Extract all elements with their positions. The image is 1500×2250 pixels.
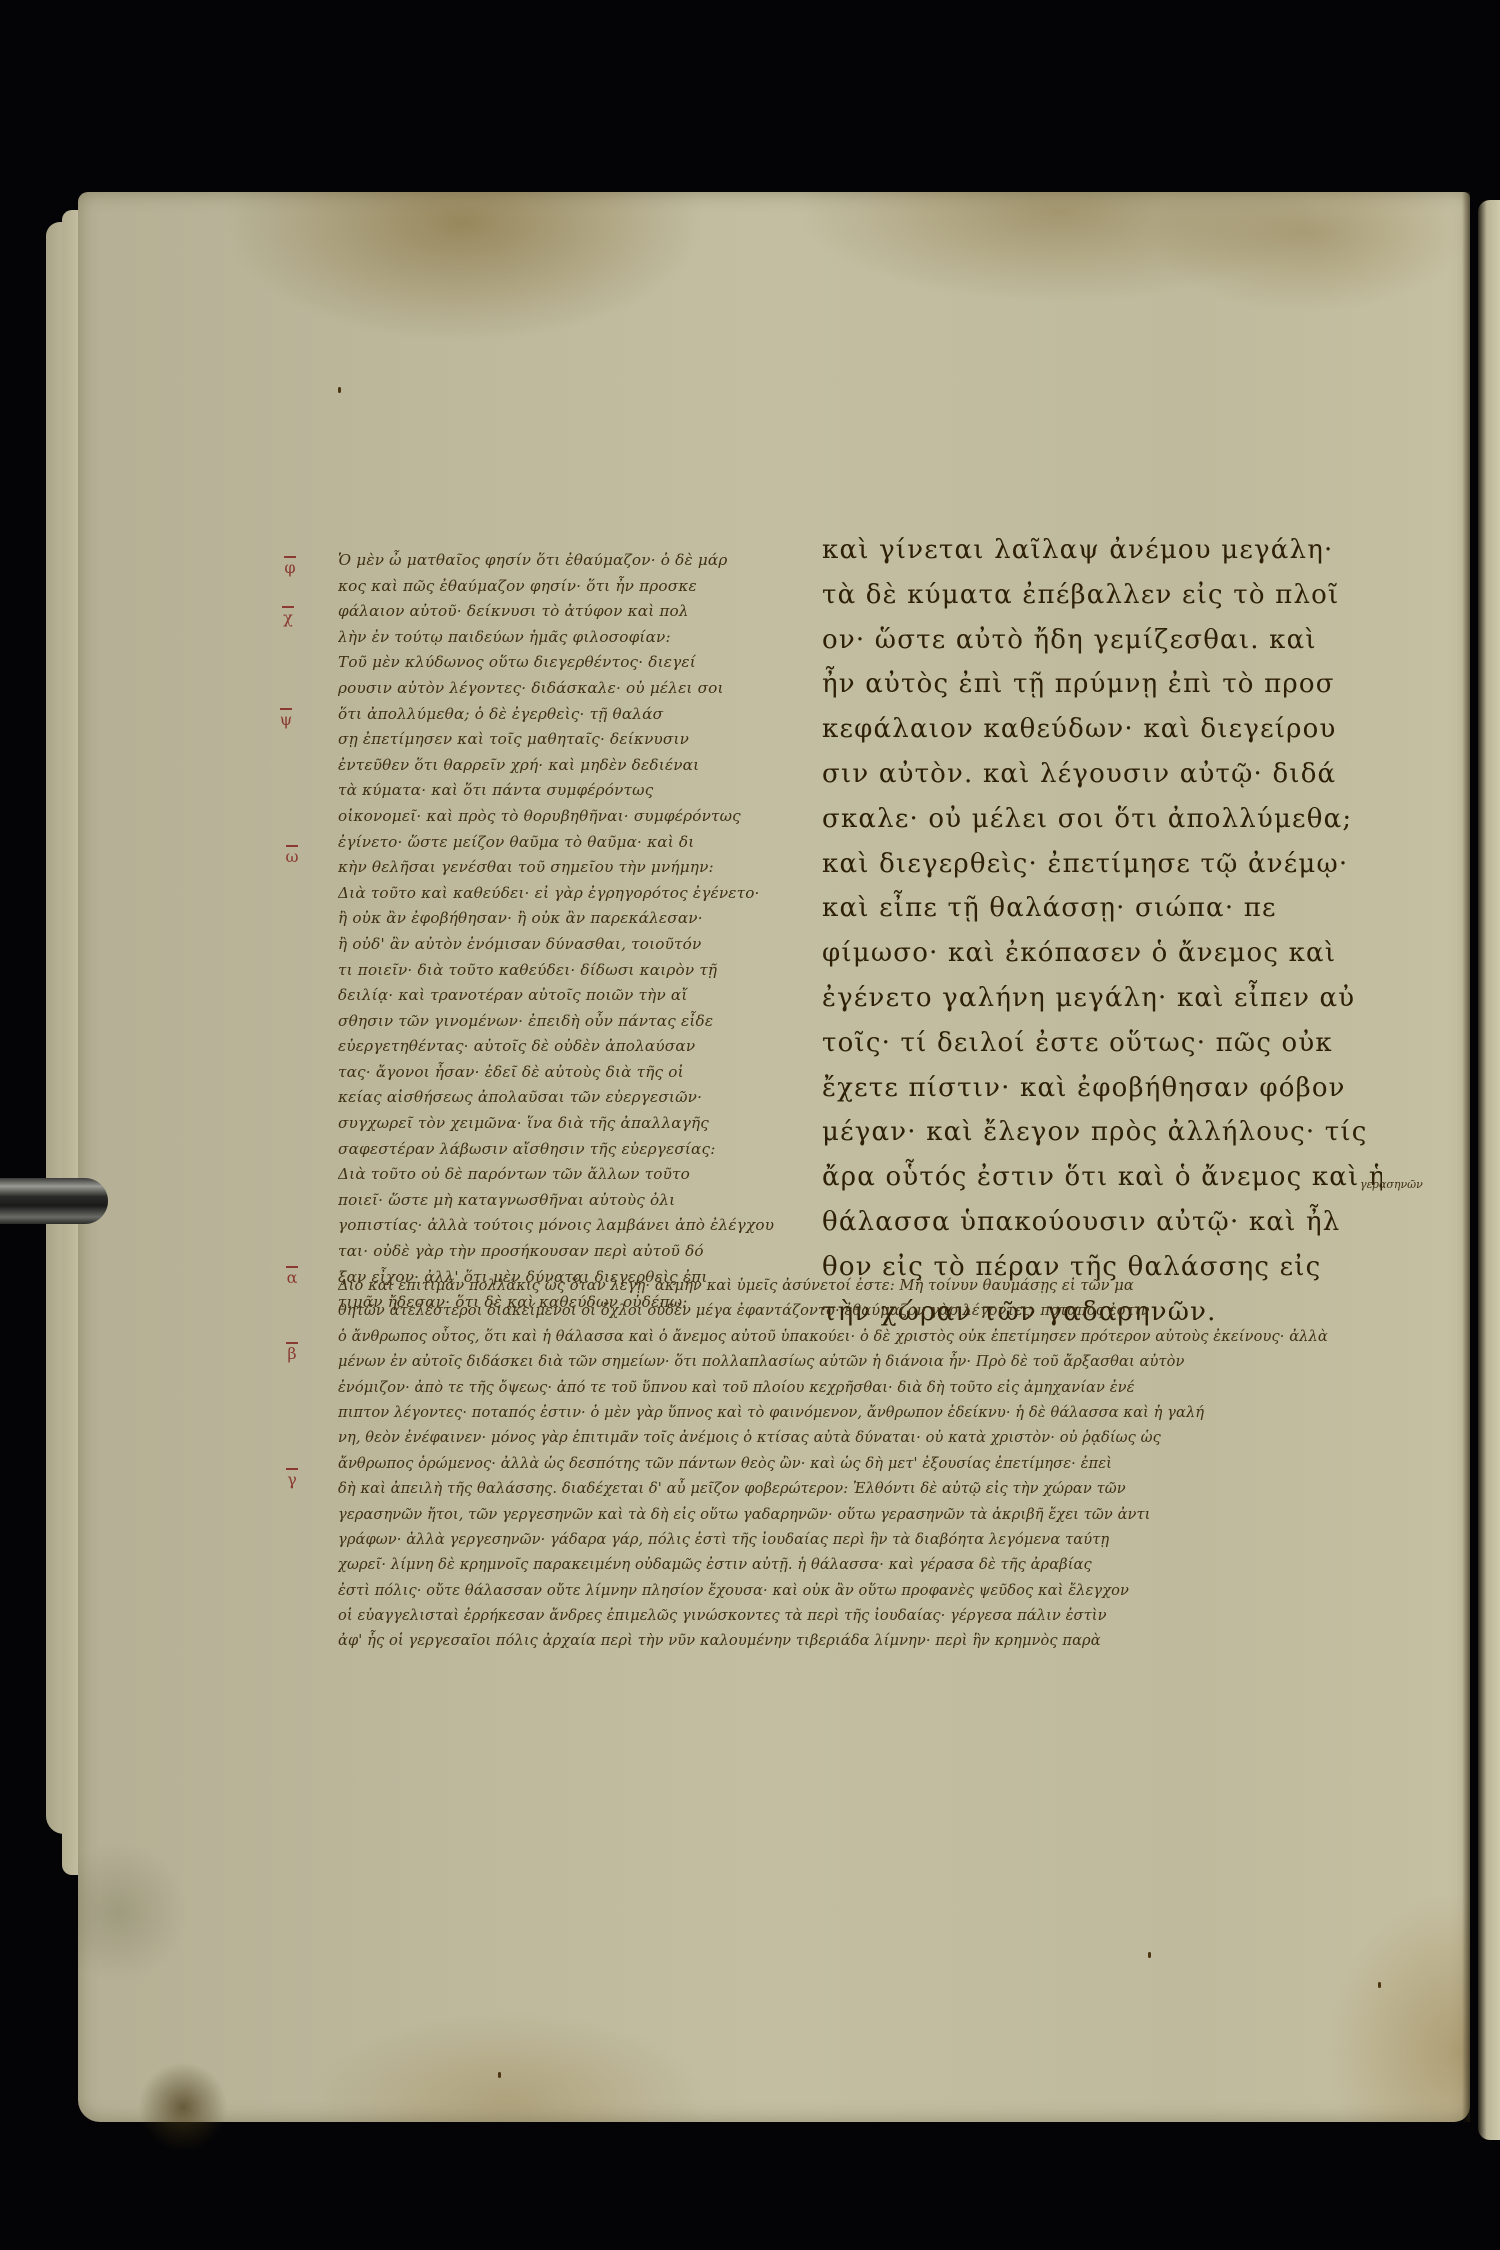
commentary-line: κος καὶ πῶς ἐθαύμαζον φησίν· ὅτι ἦν προσ… (338, 574, 782, 600)
commentary-line: Διὰ τοῦτο οὐ δὲ παρόντων τῶν ἄλλων τοῦτο (338, 1162, 782, 1188)
margin-numeral-chi: χ (276, 606, 300, 626)
gospel-line: ἄρα οὗτός ἐστιν ὅτι καὶ ὁ ἄνεμος καὶ ἡ (822, 1155, 1382, 1200)
commentary-line: Διὸ καὶ ἐπιτιμᾶν πολλάκις ὡς ὅταν λέγῃ· … (338, 1273, 1394, 1298)
gospel-line: φίμωσο· καὶ ἐκόπασεν ὁ ἄνεμος καὶ (822, 931, 1382, 976)
commentary-line: συγχωρεῖ τὸν χειμῶνα· ἵνα διὰ τῆς ἀπαλλα… (338, 1111, 782, 1137)
commentary-line: ἄνθρωπος ὁρώμενος· ἀλλὰ ὡς δεσπότης τῶν … (338, 1451, 1394, 1476)
commentary-line: ὅτι ἀπολλύμεθα; ὁ δὲ ἐγερθεὶς· τῇ θαλάσ (338, 702, 782, 728)
gospel-line: σκαλε· οὐ μέλει σοι ὅτι ἀπολλύμεθα; (822, 797, 1382, 842)
gospel-line: ἔχετε πίστιν· καὶ ἐφοβήθησαν φόβον (822, 1066, 1382, 1111)
commentary-line: μένων ἐν αὐτοῖς διδάσκει διὰ τῶν σημείων… (338, 1349, 1394, 1374)
facing-page-edge (1478, 200, 1500, 2140)
commentary-line: σαφεστέραν λάβωσιν αἴσθησιν τῆς εὐεργεσί… (338, 1137, 782, 1163)
gospel-line: μέγαν· καὶ ἔλεγον πρὸς ἀλλήλους· τίς (822, 1110, 1382, 1155)
commentary-line: ἐστὶ πόλις· οὔτε θάλασσαν οὔτε λίμνην πλ… (338, 1578, 1394, 1603)
commentary-line: ὁ ἄνθρωπος οὗτος, ὅτι καὶ ἡ θάλασσα καὶ … (338, 1324, 1394, 1349)
gospel-line: ἦν αὐτὸς ἐπὶ τῇ πρύμνῃ ἐπὶ τὸ προσ (822, 662, 1382, 707)
commentary-line: οἰκονομεῖ· καὶ πρὸς τὸ θορυβηθῆναι· συμφ… (338, 804, 782, 830)
commentary-line: νη, θεὸν ἐνέφαινεν· μόνος γὰρ ἐπιτιμᾶν τ… (338, 1425, 1394, 1450)
ink-speck (338, 387, 341, 393)
commentary-line: θητῶν ἀτελέστεροι διακείμενοι οἱ ὄχλοι ο… (338, 1298, 1394, 1323)
commentary-column-left: Ὁ μὲν ὦ ματθαῖος φησίν ὅτι ἐθαύμαζον· ὁ … (338, 548, 782, 1316)
commentary-line: οἱ εὐαγγελισταὶ ἐρρήκεσαν ἄνδρες ἐπιμελῶ… (338, 1603, 1394, 1628)
commentary-line: εὐεργετηθέντας· αὐτοῖς δὲ οὐδὲν ἀπολαύσα… (338, 1034, 782, 1060)
commentary-line: δὴ καὶ ἀπειλὴ τῆς θαλάσσης. διαδέχεται δ… (338, 1476, 1394, 1501)
gospel-line: ἐγένετο γαλήνη μεγάλη· καὶ εἶπεν αὐ (822, 976, 1382, 1021)
commentary-line: ται· οὐδὲ γὰρ τὴν προσήκουσαν περὶ αὐτοῦ… (338, 1239, 782, 1265)
commentary-line: τὰ κύματα· καὶ ὅτι πάντα συμφέρόντως (338, 778, 782, 804)
commentary-line: κὴν θελῆσαι γενέσθαι τοῦ σημεῖου τὴν μνή… (338, 855, 782, 881)
gospel-line: σιν αὐτὸν. καὶ λέγουσιν αὐτῷ· διδά (822, 752, 1382, 797)
margin-numeral-psi: ψ (274, 708, 298, 728)
commentary-line: ρουσιν αὐτὸν λέγοντες· διδάσκαλε· οὐ μέλ… (338, 676, 782, 702)
margin-numeral-omega: ω (280, 845, 304, 865)
margin-numeral-beta: β (280, 1342, 304, 1362)
gospel-line: θάλασσα ὑπακούουσιν αὐτῷ· καὶ ἦλ (822, 1200, 1382, 1245)
margin-numeral-phi: φ (278, 556, 302, 576)
ink-speck (1378, 1982, 1381, 1988)
commentary-line: γοπιστίας· ἀλλὰ τούτοις μόνοις λαμβάνει … (338, 1213, 782, 1239)
gospel-line: καὶ διεγερθεὶς· ἐπετίμησε τῷ ἀνέμῳ· (822, 842, 1382, 887)
commentary-bottom-block: Διὸ καὶ ἐπιτιμᾶν πολλάκις ὡς ὅταν λέγῃ· … (338, 1273, 1394, 1654)
gospel-line: τὰ δὲ κύματα ἐπέβαλλεν εἰς τὸ πλοῖ (822, 573, 1382, 618)
margin-numeral-alpha: α (280, 1266, 304, 1286)
commentary-line: πιπτον λέγοντες· ποταπός ἐστιν· ὁ μὲν γὰ… (338, 1400, 1394, 1425)
gospel-line: τοῖς· τί δειλοί ἐστε οὕτως· πῶς οὐκ (822, 1021, 1382, 1066)
commentary-line: γράφων· ἀλλὰ γεργεσηνῶν· γάδαρα γάρ, πόλ… (338, 1527, 1394, 1552)
commentary-line: ἐντεῦθεν ὅτι θαρρεῖν χρή· καὶ μηδὲν δεδι… (338, 753, 782, 779)
commentary-line: γερασηνῶν ἤτοι, τῶν γεργεσηνῶν καὶ τὰ δὴ… (338, 1502, 1394, 1527)
commentary-line: ἢ οὐκ ἂν ἐφοβήθησαν· ἢ οὐκ ἂν παρεκάλεσα… (338, 906, 782, 932)
commentary-line: Διὰ τοῦτο καὶ καθεύδει· εἰ γὰρ ἐγρηγορότ… (338, 881, 782, 907)
margin-numeral-gamma: γ (280, 1468, 304, 1488)
gospel-line: κεφάλαιον καθεύδων· καὶ διεγείρου (822, 707, 1382, 752)
ink-speck (498, 2072, 501, 2078)
commentary-line: ἀφ' ἧς οἱ γεργεσαῖοι πόλις ἀρχαία περὶ τ… (338, 1628, 1394, 1653)
gospel-line: καὶ γίνεται λαῖλαψ ἀνέμου μεγάλη· (822, 528, 1382, 573)
metal-page-clip (0, 1178, 108, 1224)
commentary-line: ἢ οὐδ' ἂν αὐτὸν ἐνόμισαν δύνασθαι, τοιοῦ… (338, 932, 782, 958)
commentary-line: Τοῦ μὲν κλύδωνος οὕτω διεγερθέντος· διεγ… (338, 650, 782, 676)
commentary-line: ἐνόμιζον· ἀπὸ τε τῆς ὄψεως· ἀπό τε τοῦ ὕ… (338, 1375, 1394, 1400)
commentary-line: σῃ ἐπετίμησεν καὶ τοῖς μαθηταῖς· δείκνυσ… (338, 727, 782, 753)
stain (138, 2062, 228, 2152)
ink-speck (1148, 1952, 1151, 1958)
commentary-line: δειλίᾳ· καὶ τρανοτέραν αὐτοῖς ποιῶν τὴν … (338, 983, 782, 1009)
commentary-line: κείας αἰσθήσεως ἀπολαῦσαι τῶν εὐεργεσιῶν… (338, 1085, 782, 1111)
commentary-line: ποιεῖ· ὥστε μὴ καταγνωσθῆναι αὐτοὺς ὀλι (338, 1188, 782, 1214)
commentary-line: τι ποιεῖν· διὰ τοῦτο καθεύδει· δίδωσι κα… (338, 958, 782, 984)
gospel-line: ον· ὥστε αὐτὸ ἤδη γεμίζεσθαι. καὶ (822, 618, 1382, 663)
commentary-line: σθησιν τῶν γινομένων· ἐπειδὴ οὖν πάντας … (338, 1009, 782, 1035)
gospel-line: καὶ εἶπε τῇ θαλάσσῃ· σιώπα· πε (822, 886, 1382, 931)
gospel-text-column: καὶ γίνεται λαῖλαψ ἀνέμου μεγάλη· τὰ δὲ … (822, 528, 1382, 1334)
marginal-gloss: γερασηνῶν (1360, 1178, 1423, 1191)
commentary-line: χωρεῖ· λίμνη δὲ κρημνοῖς παρακειμένη οὐδ… (338, 1552, 1394, 1577)
commentary-line: ἐγίνετο· ὥστε μείζον θαῦμα τὸ θαῦμα· καὶ… (338, 830, 782, 856)
commentary-line: λὴν ἐν τούτῳ παιδεύων ἡμᾶς φιλοσοφίαν: (338, 625, 782, 651)
commentary-line: τας· ἄγονοι ἦσαν· ἐδεῖ δὲ αὐτοὺς διὰ τῆς… (338, 1060, 782, 1086)
commentary-line: φάλαιον αὐτοῦ· δείκνυσι τὸ ἀτύφον καὶ πο… (338, 599, 782, 625)
commentary-line: Ὁ μὲν ὦ ματθαῖος φησίν ὅτι ἐθαύμαζον· ὁ … (338, 548, 782, 574)
